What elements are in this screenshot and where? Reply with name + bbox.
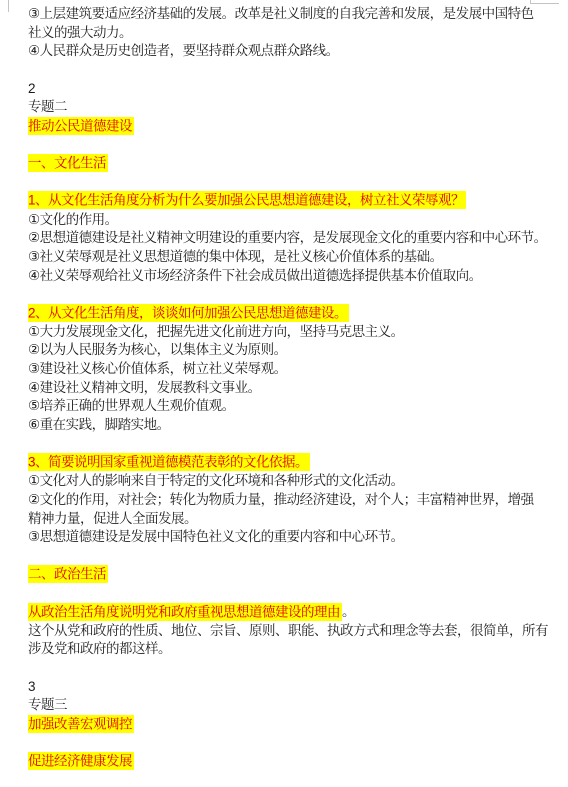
plain-text: ③建设社义核心价值体系，树立社义荣辱观。 [28,361,287,376]
highlighted-text: 促进经济健康发展 [28,752,134,770]
blank-line [28,659,556,678]
text-line: ③建设社义核心价值体系，树立社义荣辱观。 [28,360,556,379]
plain-text: ④人民群众是历史创造者，要坚持群众观点群众路线。 [28,43,339,58]
blank-line [28,285,556,304]
plain-text: ③上层建筑要适应经济基础的发展。改革是社义制度的自我完善和发展，是发展中国特色 [28,6,534,21]
text-line: 推动公民道德建设 [28,117,556,136]
blank-line [28,61,556,80]
plain-text: ①文化的作用。 [28,212,118,227]
plain-text: ①大力发展现金文化，把握先进文化前进方向，坚持马克思主义。 [28,324,404,339]
text-line: 一、文化生活 [28,155,556,174]
plain-text: ②文化的作用，对社会；转化为物质力量，推动经济建设，对个人；丰富精神世界，增强 [28,492,534,507]
plain-text: 2 [28,81,35,96]
text-line: 从政治生活角度说明党和政府重视思想道德建设的理由。 [28,603,556,622]
text-line: ①文化对人的影响来自于特定的文化环境和各种形式的文化活动。 [28,472,556,491]
text-line: 1、从文化生活角度分析为什么要加强公民思想道德建设，树立社义荣辱观？ [28,192,556,211]
document-body: ③上层建筑要适应经济基础的发展。改革是社义制度的自我完善和发展，是发展中国特色社… [0,0,568,771]
plain-text: ⑤培养正确的世界观人生观价值观。 [28,398,235,413]
highlighted-text: 加强改善宏观调控 [28,715,134,733]
text-line: 社义的强大动力。 [28,24,556,43]
text-line: ①文化的作用。 [28,211,556,230]
plain-text: 3 [28,679,35,694]
text-line: 二、政治生活 [28,566,556,585]
highlighted-text: 2、从文化生活角度，谈谈如何加强公民思想道德建设。 [28,304,349,322]
text-line: 涉及党和政府的都这样。 [28,640,556,659]
blank-line [28,734,556,753]
text-line: 3、简要说明国家重视道德模范表彰的文化依据。 [28,454,556,473]
blank-line [28,173,556,192]
text-line: ③上层建筑要适应经济基础的发展。改革是社义制度的自我完善和发展，是发展中国特色 [28,5,556,24]
plain-text: 专题三 [28,697,67,712]
plain-text: ⑥重在实践，脚踏实地。 [28,417,170,432]
text-line: ④社义荣辱观给社义市场经济条件下社会成员做出道德选择提供基本价值取向。 [28,267,556,286]
text-line: 3 [28,678,556,697]
text-line: ②思想道德建设是社义精神文明建设的重要内容，是发展现金文化的重要内容和中心环节。 [28,229,556,248]
plain-text: 专题二 [28,99,67,114]
plain-text: ④社义荣辱观给社义市场经济条件下社会成员做出道德选择提供基本价值取向。 [28,268,482,283]
text-line: ④建设社义精神文明，发展教科文事业。 [28,379,556,398]
text-line: 加强改善宏观调控 [28,715,556,734]
plain-text: 精神力量，促进人全面发展。 [28,511,197,526]
text-line: 这个从党和政府的性质、地位、宗旨、原则、职能、执政方式和理念等去套，很简单，所有 [28,622,556,641]
highlighted-text: 推动公民道德建设 [28,117,134,135]
plain-text: ③思想道德建设是发展中国特色社义文化的重要内容和中心环节。 [28,529,404,544]
text-line: ④人民群众是历史创造者，要坚持群众观点群众路线。 [28,42,556,61]
blank-line [28,435,556,454]
plain-text: 社义的强大动力。 [28,25,132,40]
text-line: ①大力发展现金文化，把握先进文化前进方向，坚持马克思主义。 [28,323,556,342]
text-line: ⑤培养正确的世界观人生观价值观。 [28,397,556,416]
highlighted-text: 二、政治生活 [28,565,108,583]
text-line: 2、从文化生活角度，谈谈如何加强公民思想道德建设。 [28,304,556,323]
text-line: ②以为人民服务为核心，以集体主义为原则。 [28,341,556,360]
text-line: ③社义荣辱观是社义思想道德的集中体现，是社义核心价值体系的基础。 [28,248,556,267]
text-line: ⑥重在实践，脚踏实地。 [28,416,556,435]
text-line: 专题三 [28,696,556,715]
text-line: 促进经济健康发展 [28,753,556,772]
text-line: ②文化的作用，对社会；转化为物质力量，推动经济建设，对个人；丰富精神世界，增强 [28,491,556,510]
blank-line [28,584,556,603]
highlighted-text: 从政治生活角度说明党和政府重视思想道德建设的理由 [28,603,342,621]
plain-text: ①文化对人的影响来自于特定的文化环境和各种形式的文化活动。 [28,473,404,488]
text-line: 2 [28,80,556,99]
plain-text: 涉及党和政府的都这样。 [28,641,171,656]
plain-text: ②以为人民服务为核心，以集体主义为原则。 [28,342,287,357]
plain-text: ④建设社义精神文明，发展教科文事业。 [28,380,261,395]
plain-text: ③社义荣辱观是社义思想道德的集中体现，是社义核心价值体系的基础。 [28,249,443,264]
highlighted-text: 一、文化生活 [28,154,108,172]
text-line: 精神力量，促进人全面发展。 [28,510,556,529]
text-line: 专题二 [28,98,556,117]
plain-text: 这个从党和政府的性质、地位、宗旨、原则、职能、执政方式和理念等去套，很简单，所有 [28,623,548,638]
highlighted-text: 3、简要说明国家重视道德模范表彰的文化依据。 [28,453,310,471]
blank-line [28,547,556,566]
plain-text: 。 [342,604,355,619]
highlighted-text: 1、从文化生活角度分析为什么要加强公民思想道德建设，树立社义荣辱观？ [28,191,466,209]
plain-text: ②思想道德建设是社义精神文明建设的重要内容，是发展现金文化的重要内容和中心环节。 [28,230,547,245]
blank-line [28,136,556,155]
text-line: ③思想道德建设是发展中国特色社义文化的重要内容和中心环节。 [28,528,556,547]
